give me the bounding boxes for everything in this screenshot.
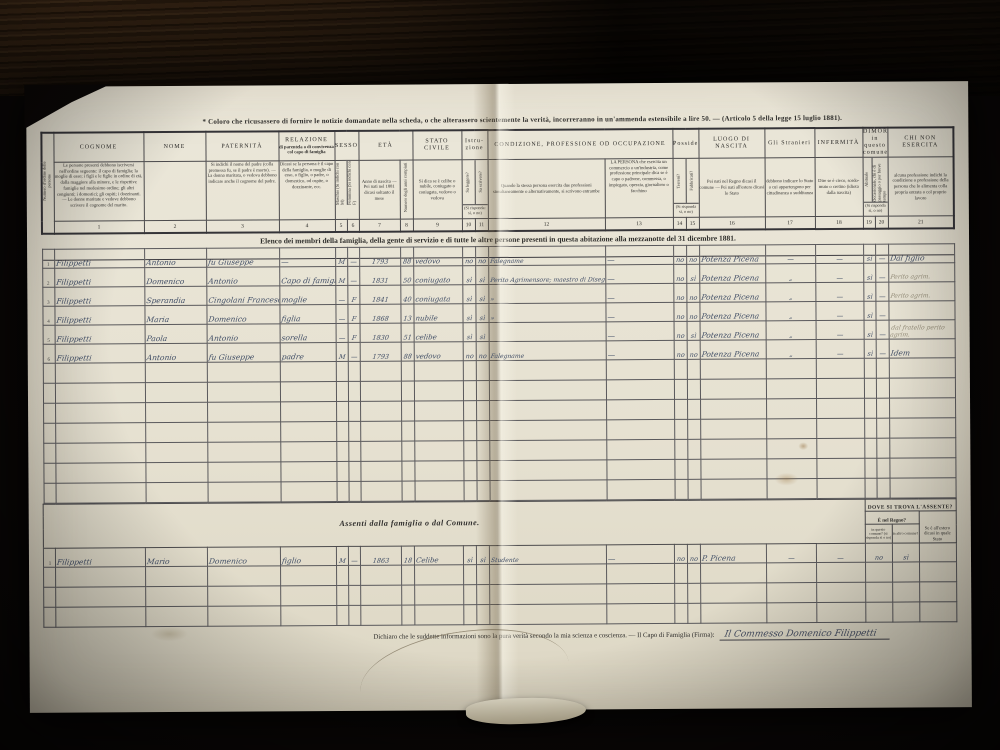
cell: — bbox=[876, 320, 889, 339]
cell bbox=[361, 585, 402, 605]
cell bbox=[816, 378, 864, 398]
cell bbox=[280, 381, 336, 401]
cell bbox=[336, 361, 348, 381]
cell: moglie bbox=[279, 285, 335, 304]
cell bbox=[44, 587, 56, 607]
cell: sì bbox=[475, 285, 488, 304]
cell bbox=[892, 582, 919, 602]
cell: no bbox=[476, 342, 489, 361]
cell: Antonio bbox=[206, 267, 279, 286]
cell bbox=[675, 563, 688, 583]
cell: Perito agrim. bbox=[888, 263, 954, 282]
cell: Celibe bbox=[415, 546, 464, 565]
assenti-table: Assenti dalla famiglia o dal Comune. DOV… bbox=[43, 498, 957, 628]
cell bbox=[607, 479, 675, 499]
cell: Mario bbox=[146, 547, 208, 566]
cell: no bbox=[673, 302, 686, 321]
col-num-ordine: Numero d'ordine delle persone bbox=[41, 133, 54, 234]
cell: sì bbox=[863, 301, 875, 320]
cell bbox=[876, 378, 889, 398]
cell: — bbox=[605, 264, 673, 283]
cell: — bbox=[336, 323, 348, 342]
cell: Sperandia bbox=[144, 286, 206, 305]
cell: sì bbox=[864, 339, 876, 358]
desc-nome bbox=[144, 161, 206, 220]
cell: vedovo bbox=[413, 247, 462, 266]
cell: sì bbox=[863, 282, 875, 301]
desc-anni-compiuti: Numero degli anni compiuti bbox=[400, 160, 413, 219]
cell: fu Giuseppe bbox=[207, 343, 280, 362]
cell bbox=[361, 565, 402, 585]
cell bbox=[865, 478, 877, 498]
cell: sorella bbox=[280, 323, 336, 342]
cell: no bbox=[675, 544, 688, 563]
cell: no bbox=[686, 245, 699, 264]
cell: 51 bbox=[401, 323, 414, 342]
cell bbox=[817, 582, 865, 602]
cell bbox=[43, 383, 55, 403]
col-dimora: DIMORA in questo comune bbox=[862, 128, 887, 158]
cell: sì bbox=[892, 543, 919, 562]
cell bbox=[864, 378, 876, 398]
estero-header: Se è all'estero dicasi in quale Stato bbox=[919, 511, 956, 543]
cell: sì bbox=[475, 304, 488, 323]
desc-dimora: AbitualeOccasionale, chi è di passaggio … bbox=[863, 157, 888, 216]
cell: sì bbox=[864, 320, 876, 339]
cell: Falegname bbox=[488, 246, 605, 266]
cell bbox=[401, 401, 414, 421]
cell: — bbox=[815, 263, 863, 282]
col-relazione: RELAZIONEdi parentela o di convivenza co… bbox=[278, 131, 334, 161]
cell bbox=[463, 401, 476, 421]
col-paternita: PATERNITÀ bbox=[205, 131, 278, 161]
cell: „ bbox=[766, 321, 816, 340]
cell bbox=[415, 565, 464, 585]
cell: Potenza Picena bbox=[699, 245, 765, 264]
cell: 1 bbox=[44, 548, 56, 567]
cell bbox=[889, 458, 955, 478]
cell: Filippetti bbox=[54, 249, 144, 269]
cell: sì bbox=[687, 321, 700, 340]
cell bbox=[348, 401, 360, 421]
cell: — bbox=[815, 301, 863, 320]
cell bbox=[208, 566, 281, 586]
cell bbox=[402, 565, 415, 585]
desc-condizione-12: Quando la stessa persona esercita due pr… bbox=[488, 159, 605, 219]
cell: sì bbox=[463, 323, 476, 342]
desc-stato-civile: Si dica se è celibe o nubile, coniugato … bbox=[413, 160, 462, 219]
cell bbox=[401, 361, 414, 381]
cell bbox=[360, 461, 401, 481]
cell bbox=[688, 563, 701, 583]
cell bbox=[281, 565, 337, 585]
penalty-note: * Coloro che ricusassero di fornire le n… bbox=[100, 113, 944, 126]
cell: — bbox=[767, 544, 817, 563]
cell: M bbox=[335, 266, 347, 285]
cell bbox=[207, 422, 280, 442]
paper-stain bbox=[149, 626, 189, 642]
cell bbox=[207, 402, 280, 422]
cell bbox=[361, 481, 402, 501]
cell bbox=[146, 566, 208, 586]
cell: Dal figlio bbox=[888, 244, 954, 263]
cell: — bbox=[347, 266, 359, 285]
cell bbox=[606, 359, 674, 379]
cell bbox=[146, 606, 208, 626]
cell bbox=[348, 461, 360, 481]
cell bbox=[414, 401, 463, 421]
cell: — bbox=[605, 302, 673, 321]
cell: Filippetti bbox=[55, 325, 145, 345]
cell bbox=[476, 361, 489, 381]
cell: » bbox=[488, 303, 605, 323]
regno-header: È nel Regno? bbox=[865, 511, 919, 524]
cell bbox=[606, 459, 674, 479]
cell: — bbox=[765, 245, 815, 264]
cell bbox=[606, 379, 674, 399]
cell bbox=[414, 381, 463, 401]
cell bbox=[700, 459, 766, 479]
cell bbox=[360, 421, 401, 441]
cell bbox=[145, 402, 207, 422]
desc-relazione: Dicasi se la persona è il capo della fam… bbox=[279, 161, 335, 220]
cell: — bbox=[606, 340, 674, 359]
cell: 13 bbox=[400, 304, 413, 323]
cell bbox=[892, 562, 919, 582]
cell bbox=[889, 438, 955, 458]
head-of-family-signature: Il Commesso Domenico Filippetti bbox=[720, 629, 892, 641]
cell bbox=[414, 421, 463, 441]
cell bbox=[700, 359, 766, 379]
cell: 3 bbox=[42, 287, 54, 306]
cell: 1868 bbox=[359, 304, 400, 323]
cell bbox=[817, 562, 865, 582]
cell: sì bbox=[462, 266, 475, 285]
cell: sì bbox=[477, 546, 490, 565]
cell bbox=[281, 481, 337, 501]
col-cognome: COGNOME bbox=[53, 132, 143, 162]
cell: 4 bbox=[42, 306, 54, 325]
cell: no bbox=[673, 245, 686, 264]
cell bbox=[490, 584, 607, 605]
cell: Domenico bbox=[206, 305, 279, 324]
cell bbox=[888, 301, 954, 320]
cell bbox=[402, 605, 415, 625]
cell bbox=[606, 399, 674, 419]
cell: 5 bbox=[43, 325, 55, 344]
cell bbox=[476, 401, 489, 421]
presenti-table: 1FilippettiAntoniofu Giuseppe—M—179388ve… bbox=[42, 243, 957, 504]
cell: — bbox=[607, 544, 675, 563]
cell bbox=[674, 439, 687, 459]
cell: coniugato bbox=[413, 266, 462, 285]
cell: F bbox=[347, 304, 359, 323]
cell: no bbox=[673, 264, 686, 283]
cell: M bbox=[335, 247, 347, 266]
cell bbox=[700, 399, 766, 419]
cell bbox=[919, 543, 956, 562]
cell bbox=[43, 443, 55, 463]
cell: no bbox=[674, 321, 687, 340]
cell: 1830 bbox=[360, 323, 401, 342]
cell: Filippetti bbox=[56, 548, 146, 568]
cell bbox=[43, 423, 55, 443]
cell bbox=[766, 419, 816, 439]
cell bbox=[360, 441, 401, 461]
cell: Studente bbox=[490, 545, 607, 565]
cell bbox=[688, 583, 701, 603]
cell bbox=[280, 361, 336, 381]
cell: Potenza Picena bbox=[700, 340, 766, 359]
cell bbox=[607, 603, 675, 623]
cell bbox=[687, 419, 700, 439]
cell: — bbox=[347, 247, 359, 266]
desc-istruzione: Sa leggere?Sa scrivere? (Si risponda: sì… bbox=[462, 160, 488, 219]
cell: Filippetti bbox=[54, 306, 144, 326]
cell bbox=[675, 603, 688, 623]
col-eta: ETÀ bbox=[358, 131, 412, 161]
cell: no bbox=[673, 283, 686, 302]
col-infermita: INFERMITÀ bbox=[814, 128, 862, 158]
cell bbox=[674, 419, 687, 439]
cell: Perito Agrimensore; maestro di Disegno bbox=[488, 265, 605, 285]
cell bbox=[489, 322, 606, 342]
cell: Cingolani Francesco bbox=[206, 286, 279, 305]
cell bbox=[145, 462, 207, 482]
cell bbox=[701, 583, 767, 603]
cell: — bbox=[875, 244, 888, 263]
cell bbox=[476, 421, 489, 441]
cell: Idem bbox=[889, 339, 955, 358]
cell bbox=[767, 563, 817, 583]
cell: sì bbox=[475, 266, 488, 285]
cell: no bbox=[686, 283, 699, 302]
cell: 6 bbox=[43, 344, 55, 363]
cell: sì bbox=[686, 264, 699, 283]
cell: F bbox=[348, 323, 360, 342]
torn-corner bbox=[24, 84, 110, 129]
cell bbox=[876, 358, 889, 378]
cell bbox=[55, 383, 145, 404]
cell: — bbox=[348, 342, 360, 361]
cell: 88 bbox=[400, 247, 413, 266]
cell bbox=[401, 461, 414, 481]
cell: F bbox=[347, 285, 359, 304]
col-sesso: SESSO bbox=[334, 131, 358, 161]
cell bbox=[44, 567, 56, 587]
desc-paternita: Si indichi il nome del padre (colla prem… bbox=[206, 161, 279, 220]
cell bbox=[281, 585, 337, 605]
cell bbox=[919, 602, 956, 622]
col-condizione: CONDIZIONE, PROFESSIONE OD OCCUPAZIONE bbox=[487, 129, 672, 160]
cell bbox=[348, 441, 360, 461]
cell bbox=[876, 418, 889, 438]
cell: Domenico bbox=[144, 267, 206, 286]
dove-assente-box-title: DOVE SI TROVA L'ASSENTE? bbox=[865, 499, 956, 512]
cell: sì bbox=[863, 244, 875, 263]
cell: figlio bbox=[281, 546, 337, 565]
cell bbox=[145, 442, 207, 462]
cell: sì bbox=[462, 285, 475, 304]
cell: no bbox=[686, 302, 699, 321]
cell bbox=[864, 358, 876, 378]
cell bbox=[674, 359, 687, 379]
empty-row bbox=[44, 602, 956, 628]
cell bbox=[414, 441, 463, 461]
cell bbox=[56, 483, 146, 504]
cell: fu Giuseppe bbox=[206, 248, 279, 267]
cell: sì bbox=[863, 263, 875, 282]
cell bbox=[280, 441, 336, 461]
cell bbox=[464, 481, 477, 501]
cell bbox=[889, 378, 955, 398]
cell bbox=[701, 563, 767, 583]
cell bbox=[43, 403, 55, 423]
cell: — bbox=[876, 339, 889, 358]
cell bbox=[919, 582, 956, 602]
cell bbox=[675, 479, 688, 499]
cell: Filippetti bbox=[55, 344, 145, 364]
cell bbox=[337, 585, 349, 605]
cell: no bbox=[688, 544, 701, 563]
cell: sì bbox=[462, 304, 475, 323]
cell: 40 bbox=[400, 285, 413, 304]
cell bbox=[463, 361, 476, 381]
questo-comune-header: in questo comune? (si risponda sì o no) bbox=[865, 524, 892, 543]
cell bbox=[56, 567, 146, 588]
desc-stranieri: debbono indicare lo Stato a cui apparten… bbox=[765, 158, 815, 217]
cell bbox=[55, 363, 145, 384]
cell bbox=[463, 461, 476, 481]
cell: „ bbox=[765, 302, 815, 321]
cell bbox=[44, 607, 56, 627]
cell: celibe bbox=[414, 323, 463, 342]
cell: no bbox=[463, 342, 476, 361]
cell bbox=[889, 358, 955, 378]
desc-luogo: Pei nati nel Regno dicasi il comune — Pe… bbox=[699, 158, 765, 217]
cell bbox=[463, 381, 476, 401]
altro-comune-header: in altro comune? bbox=[892, 524, 919, 543]
cell bbox=[402, 585, 415, 605]
cell bbox=[56, 607, 146, 628]
cell bbox=[687, 379, 700, 399]
cell: vedovo bbox=[414, 342, 463, 361]
cell bbox=[688, 479, 701, 499]
cell: 1793 bbox=[360, 342, 401, 361]
desc-possidente: Terreni?Fabbricati? (Si risponda sì, o n… bbox=[673, 158, 699, 217]
cell bbox=[476, 381, 489, 401]
assenti-caption: Assenti dalla famiglia o dal Comune. bbox=[339, 518, 479, 528]
cell bbox=[337, 565, 349, 585]
cell: no bbox=[462, 247, 475, 266]
cell bbox=[348, 421, 360, 441]
cell bbox=[336, 441, 348, 461]
cell bbox=[674, 399, 687, 419]
cell bbox=[336, 381, 348, 401]
cell bbox=[767, 583, 817, 603]
cell bbox=[55, 423, 145, 444]
cell bbox=[864, 458, 876, 478]
cell bbox=[489, 420, 606, 441]
cell: no bbox=[674, 340, 687, 359]
cell: Potenza Picena bbox=[699, 264, 765, 283]
cell: „ bbox=[765, 283, 815, 302]
cell bbox=[349, 481, 361, 501]
cell bbox=[207, 382, 280, 402]
cell: — bbox=[335, 304, 347, 323]
census-form-sheet: * Coloro che ricusassero di fornire le n… bbox=[26, 81, 972, 713]
cell bbox=[336, 461, 348, 481]
cell bbox=[865, 562, 892, 582]
desc-chi-non-esercita: alcuna professione indichi la condizione… bbox=[888, 157, 954, 216]
cell bbox=[207, 442, 280, 462]
cell bbox=[280, 461, 336, 481]
cell: Falegname bbox=[489, 341, 606, 361]
cell: 2 bbox=[42, 268, 54, 287]
column-header-table: Numero d'ordine delle persone COGNOME NO… bbox=[40, 126, 955, 235]
desc-cognome: Le persone presenti debbono iscriversi n… bbox=[54, 162, 144, 222]
cell: Filippetti bbox=[54, 287, 144, 307]
cell bbox=[477, 585, 490, 605]
cell: — bbox=[815, 282, 863, 301]
cell: 1831 bbox=[359, 266, 400, 285]
cell: — bbox=[606, 321, 674, 340]
cell: — bbox=[817, 543, 865, 562]
cell bbox=[766, 439, 816, 459]
cell bbox=[816, 358, 864, 378]
cell bbox=[817, 602, 865, 622]
cell bbox=[336, 401, 348, 421]
cell bbox=[687, 439, 700, 459]
cell: M bbox=[337, 546, 349, 565]
cell: 18 bbox=[402, 546, 415, 565]
cell bbox=[876, 398, 889, 418]
cell bbox=[43, 363, 55, 383]
cell bbox=[146, 482, 208, 502]
cell bbox=[56, 587, 146, 608]
cell bbox=[476, 441, 489, 461]
cell bbox=[889, 418, 955, 438]
cell bbox=[490, 564, 607, 585]
col-num-label: Numero d'ordine delle persone bbox=[43, 155, 53, 207]
cell bbox=[606, 419, 674, 439]
cell bbox=[360, 361, 401, 381]
cell: — bbox=[815, 244, 863, 263]
cell bbox=[687, 359, 700, 379]
cell bbox=[415, 481, 464, 501]
cell bbox=[701, 603, 767, 623]
cell: 1841 bbox=[359, 285, 400, 304]
cell bbox=[349, 605, 361, 625]
cell bbox=[816, 418, 864, 438]
desc-sesso: Maschio (Si indichi con M)Femmina (Si in… bbox=[335, 160, 359, 219]
cell bbox=[348, 381, 360, 401]
cell: 88 bbox=[401, 342, 414, 361]
cell bbox=[489, 360, 606, 381]
cell bbox=[766, 459, 816, 479]
cell bbox=[766, 379, 816, 399]
cell bbox=[208, 482, 281, 502]
cell bbox=[349, 565, 361, 585]
cell: Maria bbox=[144, 305, 206, 324]
cell: — bbox=[875, 301, 888, 320]
cell: nubile bbox=[413, 304, 462, 323]
cell bbox=[919, 562, 956, 582]
cell bbox=[864, 398, 876, 418]
cell: 1793 bbox=[359, 247, 400, 266]
cell bbox=[361, 605, 402, 625]
cell bbox=[687, 459, 700, 479]
